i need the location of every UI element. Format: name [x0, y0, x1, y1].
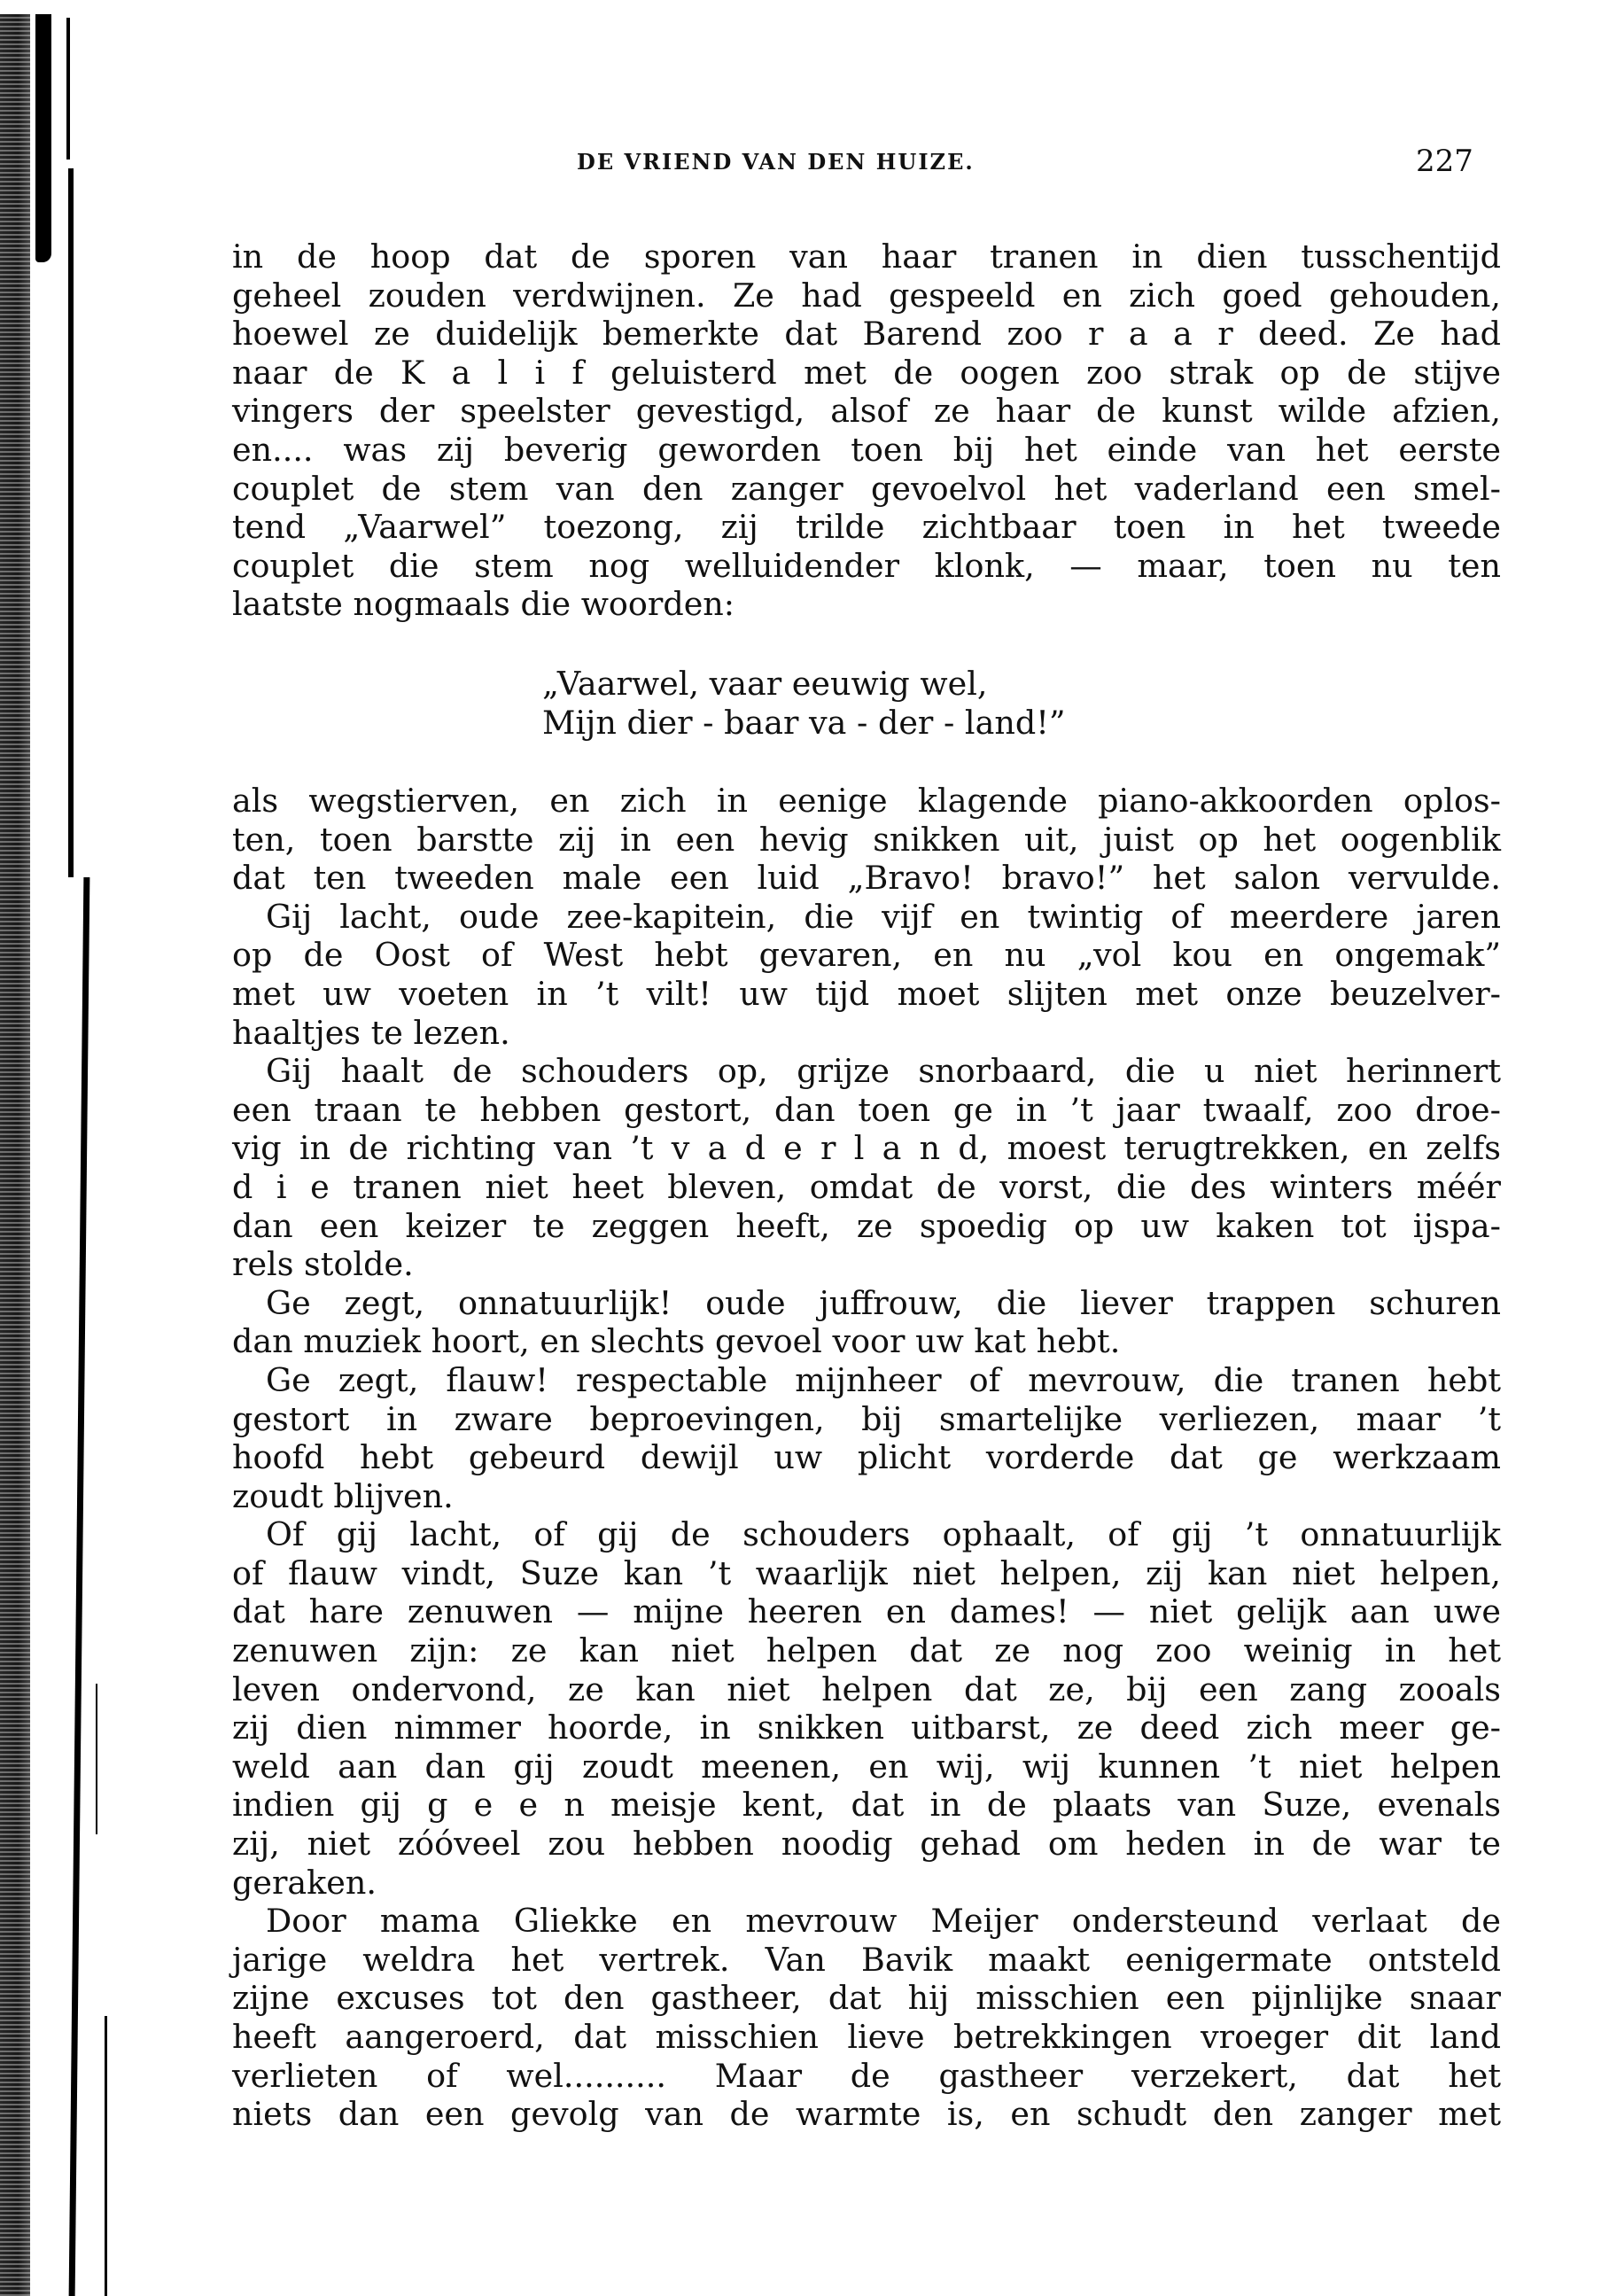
- text-line: dan een keizer te zeggen heeft, ze spoed…: [232, 1207, 1501, 1246]
- scanned-book-page: DE VRIEND VAN DEN HUIZE. 227 in de hoop …: [0, 0, 1609, 2296]
- text-line: couplet die stem nog welluidender klonk,…: [232, 547, 1501, 586]
- text-line: jarige weldra het vertrek. Van Bavik maa…: [232, 1941, 1501, 1980]
- text-line: hoewel ze duidelijk bemerkte dat Barend …: [232, 315, 1501, 354]
- text-line: Ge zegt, onnatuurlijk! oude juffrouw, di…: [232, 1284, 1501, 1323]
- running-header: DE VRIEND VAN DEN HUIZE. 227: [0, 144, 1609, 179]
- page-edge-line: [105, 2016, 107, 2296]
- book-binding-shadow: [0, 14, 30, 2296]
- text-line: couplet de stem van den zanger gevoelvol…: [232, 470, 1501, 509]
- page-edge-line: [96, 1684, 97, 1834]
- text-line: Gij lacht, oude zee-kapitein, die vijf e…: [232, 898, 1501, 937]
- text-line: d i e tranen niet heet bleven, omdat de …: [232, 1168, 1501, 1207]
- running-title: DE VRIEND VAN DEN HUIZE.: [577, 149, 975, 175]
- text-line: leven ondervond, ze kan niet helpen dat …: [232, 1670, 1501, 1709]
- text-line: Gij haalt de schouders op, grijze snorba…: [232, 1052, 1501, 1091]
- text-line: als wegstierven, en zich in eenige klage…: [232, 782, 1501, 821]
- text-line: Ge zegt, flauw! respectable mijnheer of …: [232, 1361, 1501, 1400]
- text-line: vingers der speelster gevestigd, alsof z…: [232, 392, 1501, 431]
- text-line: zoudt blijven.: [232, 1477, 1501, 1516]
- text-line: geraken.: [232, 1864, 1501, 1903]
- text-line: een traan te hebben gestort, dan toen ge…: [232, 1091, 1501, 1130]
- text-line: hoofd hebt gebeurd dewijl uw plicht vord…: [232, 1438, 1501, 1477]
- text-line: rels stolde.: [232, 1245, 1501, 1284]
- text-line: op de Oost of West hebt gevaren, en nu „…: [232, 936, 1501, 975]
- text-line: Of gij lacht, of gij de schouders ophaal…: [232, 1515, 1501, 1554]
- text-line: verlieten of wel.......... Maar de gasth…: [232, 2057, 1501, 2096]
- text-line: vig in de richting van ’t v a d e r l a …: [232, 1129, 1501, 1168]
- page-number: 227: [1416, 144, 1473, 179]
- text-line: tend „Vaarwel” toezong, zij trilde zicht…: [232, 508, 1501, 547]
- body-text-part-1: in de hoop dat de sporen van haar tranen…: [232, 237, 1501, 624]
- text-line: Door mama Gliekke en mevrouw Meijer onde…: [232, 1902, 1501, 1941]
- page-edge-line: [66, 18, 70, 160]
- page-edge-line: [68, 168, 74, 877]
- text-line: zij, niet zóóveel zou hebben noodig geha…: [232, 1825, 1501, 1864]
- text-line: indien gij g e e n meisje kent, dat in d…: [232, 1786, 1501, 1825]
- text-line: dan muziek hoort, en slechts gevoel voor…: [232, 1322, 1501, 1361]
- book-binding-edge: [35, 14, 51, 262]
- text-line: naar de K a l i f geluisterd met de ooge…: [232, 354, 1501, 393]
- text-line: gestort in zware beproevingen, bij smart…: [232, 1400, 1501, 1439]
- text-line: zijne excuses tot den gastheer, dat hij …: [232, 1979, 1501, 2018]
- text-line: laatste nogmaals die woorden:: [232, 585, 1501, 624]
- text-line: dat hare zenuwen — mijne heeren en dames…: [232, 1592, 1501, 1631]
- text-line: weld aan dan gij zoudt meenen, en wij, w…: [232, 1747, 1501, 1786]
- text-line: zenuwen zijn: ze kan niet helpen dat ze …: [232, 1631, 1501, 1670]
- body-text-part-2: als wegstierven, en zich in eenige klage…: [232, 782, 1501, 2134]
- text-line: in de hoop dat de sporen van haar tranen…: [232, 237, 1501, 276]
- verse-line: Mijn dier - baar va - der - land!”: [542, 704, 1066, 743]
- verse-line: „Vaarwel, vaar eeuwig wel,: [542, 665, 1066, 704]
- text-line: heeft aangeroerd, dat misschien lieve be…: [232, 2018, 1501, 2057]
- text-line: of flauw vindt, Suze kan ’t waarlijk nie…: [232, 1554, 1501, 1593]
- text-line: geheel zouden verdwijnen. Ze had gespeel…: [232, 276, 1501, 315]
- text-line: ten, toen barstte zij in een hevig snikk…: [232, 821, 1501, 860]
- text-line: zij dien nimmer hoorde, in snikken uitba…: [232, 1708, 1501, 1747]
- text-line: en.... was zij beverig geworden toen bij…: [232, 431, 1501, 470]
- text-line: met uw voeten in ’t vilt! uw tijd moet s…: [232, 975, 1501, 1014]
- song-verse: „Vaarwel, vaar eeuwig wel,Mijn dier - ba…: [542, 665, 1066, 742]
- text-line: niets dan een gevolg van de warmte is, e…: [232, 2095, 1501, 2134]
- page-edge-line: [69, 877, 90, 2296]
- text-line: haaltjes te lezen.: [232, 1014, 1501, 1053]
- text-line: dat ten tweeden male een luid „Bravo! br…: [232, 859, 1501, 898]
